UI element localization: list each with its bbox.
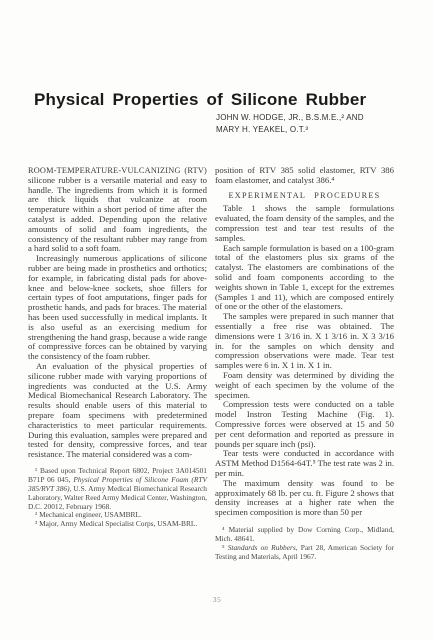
footnote-4: ⁴ Material supplied by Dow Corning Corp.… xyxy=(215,526,394,544)
paragraph-formulation: Each sample formulation is based on a 10… xyxy=(215,244,394,313)
section-heading: EXPERIMENTAL PROCEDURES xyxy=(215,191,394,201)
paragraph-intro: ROOM-TEMPERATURE-VULCANIZING (RTV) silic… xyxy=(28,166,207,254)
footnote-3: ³ Major, Army Medical Specialist Corps, … xyxy=(28,520,207,529)
right-footnotes: ⁴ Material supplied by Dow Corning Corp.… xyxy=(215,526,394,562)
paragraph-density: Foam density was determined by dividing … xyxy=(215,371,394,400)
page-title: Physical Properties of Silicone Rubber xyxy=(34,90,394,110)
author-block: JOHN W. HODGE, JR., B.S.M.E.,² AND MARY … xyxy=(216,112,386,135)
paragraph-table1: Table 1 shows the sample formulations ev… xyxy=(215,204,394,243)
left-footnotes: ¹ Based upon Technical Report 6802, Proj… xyxy=(28,467,207,529)
paragraph-intro-body: silicone rubber is a versatile material … xyxy=(28,176,207,254)
right-column: position of RTV 385 solid elastomer, RTV… xyxy=(215,166,394,562)
paper-page: Physical Properties of Silicone Rubber J… xyxy=(0,0,434,640)
paragraph-tear: Tear tests were conducted in accordance … xyxy=(215,449,394,478)
paragraph-samples: The samples were prepared in such manner… xyxy=(215,312,394,371)
author-line-2: MARY H. YEAKEL, O.T.³ xyxy=(216,124,386,136)
footnote-5-italic: Standards on Rubbers, xyxy=(228,543,298,552)
author-line-1: JOHN W. HODGE, JR., B.S.M.E.,² AND xyxy=(216,112,386,124)
paragraph-evaluation: An evaluation of the physical properties… xyxy=(28,362,207,460)
page-number: 35 xyxy=(0,595,434,604)
footnote-5: ⁵ Standards on Rubbers, Part 28, America… xyxy=(215,544,394,562)
paragraph-continuation: position of RTV 385 solid elastomer, RTV… xyxy=(215,166,394,186)
footnote-1: ¹ Based upon Technical Report 6802, Proj… xyxy=(28,467,207,512)
paragraph-applications: Increasingly numerous applications of si… xyxy=(28,254,207,362)
paragraph-max-density: The maximum density was found to be appr… xyxy=(215,479,394,518)
left-column: ROOM-TEMPERATURE-VULCANIZING (RTV) silic… xyxy=(28,166,207,529)
paragraph-compression: Compression tests were conducted on a ta… xyxy=(215,400,394,449)
